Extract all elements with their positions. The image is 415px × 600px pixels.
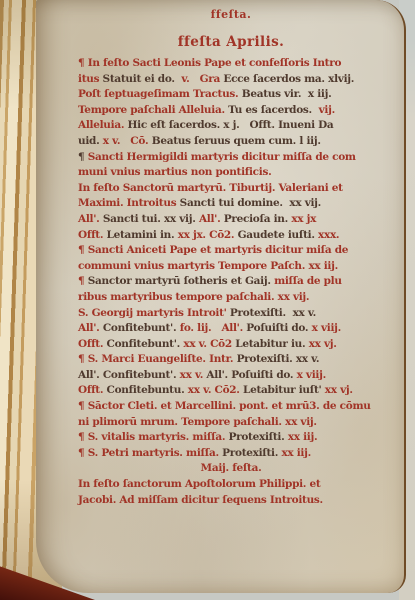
text-line: Jacobi. Ad miſſam dicitur ſequens Introi… (78, 493, 384, 509)
ink-segment: Alleluia. (78, 119, 128, 131)
text-line: ¶ S. Marci Euangeliſte. Intr. Protexiſti… (78, 352, 384, 368)
ink-segment: ¶ S. Petri martyris. miſſa. (78, 447, 222, 459)
ink-segment: Beatus vir. (242, 88, 308, 100)
ink-segment: ribus martyribus tempore paſchali. (78, 291, 278, 303)
ink-segment: Jacobi. Ad miſſam dicitur ſequens Introi… (78, 494, 323, 506)
ink-segment: ¶ Sāctor Cleti. et Marcellini. pont. et … (78, 400, 371, 412)
ink-segment: In feſto ſanctorum Apoſtolorum Philippi.… (78, 478, 320, 490)
ink-segment: xx vj. (325, 384, 353, 396)
text-line: communi vnius martyris Tempore Paſch. xx… (78, 259, 384, 275)
text-line: Maij. feſta. (78, 461, 384, 477)
ink-segment: Cō2. (209, 229, 237, 241)
ink-segment: xx vj. (309, 338, 337, 350)
text-line: Offt. Confitebunt'. xx v. Cō2 Letabitur … (78, 337, 384, 353)
text-line: ¶ In feſto Sacti Leonis Pape et confeſſo… (78, 56, 384, 72)
ink-segment: ¶ (78, 275, 88, 287)
ink-segment: xx iij. (288, 431, 318, 443)
ink-segment: xx v. (296, 353, 319, 365)
manuscript-photo: ffeſta. ffeſta Aprilis. ¶ In feſto Sacti… (0, 0, 415, 600)
ink-segment: All'. (221, 322, 246, 334)
ink-segment: Offt. (78, 338, 107, 350)
text-line: ¶ Sāctor Cleti. et Marcellini. pont. et … (78, 399, 384, 415)
ink-segment: Letabitur iuſt' (243, 384, 325, 396)
text-line: All'. Confitebunt'. xx v. All'. Poſuiſti… (78, 368, 384, 384)
ink-segment: Beatus ſeruus quem cum. l iij. (152, 135, 321, 147)
ink-segment: v. (181, 73, 199, 85)
ink-segment: Protexiſti. (229, 431, 288, 443)
ink-segment: Poſuiſti do. (246, 322, 311, 334)
ink-segment: All'. Confitebunt'. (78, 369, 180, 381)
text-line: ¶ S. vitalis martyris. miſſa. Protexiſti… (78, 430, 384, 446)
ink-segment: Protexiſti. (230, 307, 293, 319)
ink-segment: Cō2 (210, 338, 235, 350)
ink-segment: ni plimorū mrum. Tempore paſchali. (78, 416, 285, 428)
ink-segment: xx v. (180, 369, 207, 381)
text-line: In feſto Sanctorū martyrū. Tiburtij. Val… (78, 181, 384, 197)
ink-segment: Letabitur iu. (235, 338, 308, 350)
ink-segment: ¶ Sancti Aniceti Pape et martyris dicitu… (78, 244, 348, 256)
ink-segment: fo. lij. (180, 322, 222, 334)
ink-segment: x viij. (312, 322, 341, 334)
ink-segment: xx iij. (308, 260, 338, 272)
text-line: S. Georgij martyris Introit' Protexiſti.… (78, 306, 384, 322)
page-title: ffeſta Aprilis. (78, 34, 384, 54)
ink-segment: Poſt ſeptuageſimam Tractus. (78, 88, 242, 100)
text-line: ribus martyribus tempore paſchali. xx vi… (78, 290, 384, 306)
manuscript-text: ffeſta. ffeſta Aprilis. ¶ In feſto Sacti… (78, 8, 384, 508)
ink-segment: xxx. (318, 229, 339, 241)
ink-segment: Protexiſti. (222, 447, 281, 459)
text-line: Poſt ſeptuageſimam Tractus. Beatus vir. … (78, 87, 384, 103)
ink-segment: Ecce ſacerdos ma. xlvij. (223, 73, 354, 85)
ink-segment: Sancti Hermigildi martyris dicitur miſſa… (88, 151, 356, 163)
ink-segment: xx iij. (281, 447, 311, 459)
text-line: Offt. Letamini in. xx jx. Cō2. Gaudete i… (78, 228, 384, 244)
ink-segment: All'. (199, 213, 224, 225)
ink-segment: x viij. (297, 369, 326, 381)
ink-segment: Sancti tui domine. (180, 197, 290, 209)
text-line: Alleluia. Hic eſt ſacerdos. x j. Offt. I… (78, 118, 384, 134)
text-line: In feſto ſanctorum Apoſtolorum Philippi.… (78, 477, 384, 493)
ink-segment: xx v. (293, 307, 316, 319)
text-line: ni plimorū mrum. Tempore paſchali. xx vi… (78, 415, 384, 431)
ink-segment: Offt. (78, 229, 107, 241)
ink-segment: uid. (78, 135, 103, 147)
ink-segment: Cō. (130, 135, 151, 147)
ink-segment: S. Georgij martyris Introit' (78, 307, 230, 319)
ink-segment: Sanctor martyrū ſotheris et Gaij. (88, 275, 274, 287)
ink-segment: Gra (200, 73, 224, 85)
text-line: Tempore paſchali Alleluia. Tu es ſacerdo… (78, 103, 384, 119)
ink-segment: xx vij. (278, 291, 310, 303)
ink-segment: Cō2. (215, 384, 243, 396)
ink-segment: All'. (78, 213, 103, 225)
text-line: Offt. Confitebuntu. xx v. Cō2. Letabitur… (78, 383, 384, 399)
ink-segment: Confitebunt'. (103, 322, 180, 334)
ink-segment: Statuit ei do. (103, 73, 182, 85)
ink-segment: Confitebunt'. (107, 338, 184, 350)
ink-segment: miſſa de plu (274, 275, 342, 287)
ink-segment: Protexiſti. (237, 353, 296, 365)
ink-segment: xx vij. (285, 416, 317, 428)
ink-segment: communi vnius martyris Tempore Paſch. (78, 260, 308, 272)
ink-segment: Maximi. Introitus (78, 197, 180, 209)
text-line: uid. x v. Cō. Beatus ſeruus quem cum. l … (78, 134, 384, 150)
text-line: ¶ Sancti Aniceti Pape et martyris dicitu… (78, 243, 384, 259)
ink-segment: Confitebuntu. (107, 384, 188, 396)
ink-segment: Gaudete iuſti. (238, 229, 318, 241)
ink-segment: Hic eſt ſacerdos. x j. (128, 119, 250, 131)
manuscript-text-lines: ¶ In feſto Sacti Leonis Pape et confeſſo… (78, 56, 384, 508)
ink-segment: ¶ S. Marci Euangeliſte. Intr. (78, 353, 237, 365)
ink-segment: xx v. (188, 384, 215, 396)
text-line: itus Statuit ei do. v. Gra Ecce ſacerdos… (78, 72, 384, 88)
ink-segment: itus (78, 73, 103, 85)
text-line: ¶ S. Petri martyris. miſſa. Protexiſti. … (78, 446, 384, 462)
running-header: ffeſta. (78, 8, 384, 26)
ink-segment: Sancti tui. xx vij. (103, 213, 199, 225)
ink-segment: Maij. feſta. (201, 462, 262, 474)
text-line: Maximi. Introitus Sancti tui domine. xx … (78, 196, 384, 212)
ink-segment: xx v. (183, 338, 210, 350)
ink-segment: In feſto Sanctorū martyrū. Tiburtij. Val… (78, 182, 343, 194)
ink-segment: Offt. Inueni Da (250, 119, 334, 131)
manuscript-page: ffeſta. ffeſta Aprilis. ¶ In feſto Sacti… (36, 0, 406, 593)
ink-segment: xx jx. (178, 229, 209, 241)
text-line: ¶ Sancti Hermigildi martyris dicitur miſ… (78, 150, 384, 166)
text-line: All'. Sancti tui. xx vij. All'. Precioſa… (78, 212, 384, 228)
ink-segment: ¶ S. vitalis martyris. miſſa. (78, 431, 229, 443)
text-line: muni vnius martius non pontificis. (78, 165, 384, 181)
ink-segment: Tempore paſchali Alleluia. (78, 104, 228, 116)
ink-segment: Letamini in. (107, 229, 178, 241)
ink-segment: x iij. (308, 88, 332, 100)
ink-segment: All'. Poſuiſti do. (206, 369, 296, 381)
ink-segment: xx vij. (289, 197, 321, 209)
text-line: All'. Confitebunt'. fo. lij. All'. Poſui… (78, 321, 384, 337)
ink-segment: vij. (319, 104, 335, 116)
ink-segment: ¶ In feſto Sacti Leonis Pape et confeſſo… (78, 57, 341, 69)
ink-segment: Precioſa in. (224, 213, 292, 225)
ink-segment: x v. (103, 135, 130, 147)
ink-segment: muni vnius martius non pontificis. (78, 166, 271, 178)
ink-segment: Offt. (78, 384, 107, 396)
ink-segment: All'. (78, 322, 103, 334)
ink-segment: Tu es ſacerdos. (228, 104, 318, 116)
ink-segment: xx jx (291, 213, 316, 225)
text-line: ¶ Sanctor martyrū ſotheris et Gaij. miſſ… (78, 274, 384, 290)
ink-segment: ¶ (78, 151, 88, 163)
